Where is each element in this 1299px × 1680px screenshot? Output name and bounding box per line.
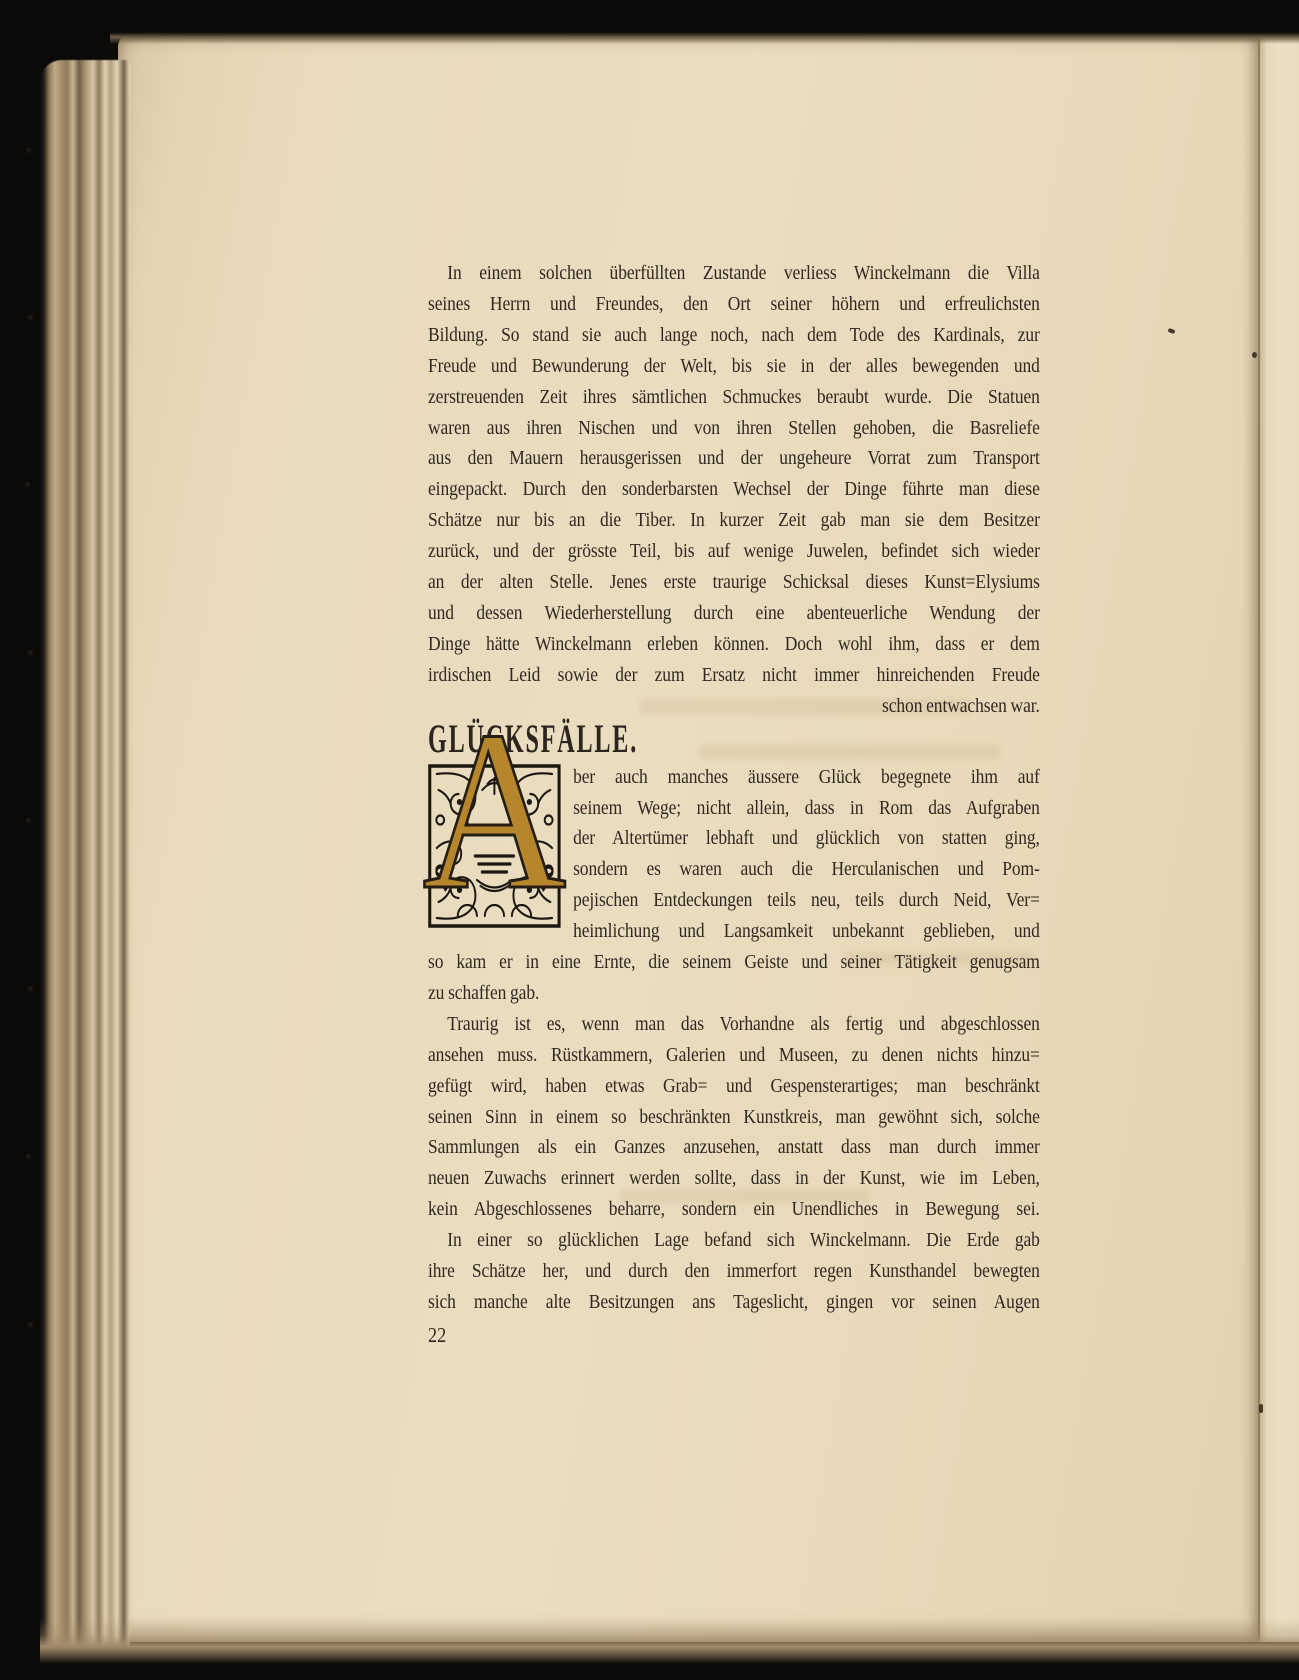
text-line: Bildung. So stand sie auch lange noch, n…	[428, 320, 1040, 351]
text-column: In einem solchen überfüllten Zustande ve…	[428, 258, 1040, 1351]
paragraph-4: In einer so glücklichen Lage befand sich…	[428, 1225, 1040, 1318]
paragraph-2-closing-line: zu schaffen gab.	[428, 978, 1040, 1009]
text-line: so kam er in eine Ernte, die seinem Geis…	[428, 947, 1040, 978]
text-line: ihre Schätze her, und durch den immerfor…	[428, 1256, 1040, 1287]
text-line: zerstreuenden Zeit ihres sämtlichen Schm…	[428, 382, 1040, 413]
backdrop-dot	[28, 315, 33, 320]
paragraph-2-full-lines: so kam er in eine Ernte, die seinem Geis…	[428, 947, 1040, 978]
text-line: heimlichung und Langsamkeit unbekannt ge…	[573, 916, 1040, 947]
text-line: sich manche alte Besitzungen ans Tagesli…	[428, 1287, 1040, 1318]
text-line: Freude und Bewunderung der Welt, bis sie…	[428, 351, 1040, 382]
paragraph-3-closing-line: kein Abgeschlossenes beharre, sondern ei…	[428, 1194, 1040, 1225]
text-line: ber auch manches äussere Glück begegnete…	[573, 762, 1040, 793]
backdrop-dot	[28, 986, 33, 991]
backdrop-dot	[28, 1322, 33, 1327]
page-number: 22	[428, 1320, 1040, 1351]
text-line: seinem Wege; nicht allein, dass in Rom d…	[573, 793, 1040, 824]
text-line: waren aus ihren Nischen und von ihren St…	[428, 413, 1040, 444]
text-line: seinen Sinn in einem so beschränkten Kun…	[428, 1102, 1040, 1133]
paragraph-2-indented-lines: ber auch manches äussere Glück begegnete…	[573, 762, 1040, 947]
text-line: In einem solchen überfüllten Zustande ve…	[428, 258, 1040, 289]
book-scan: In einem solchen überfüllten Zustande ve…	[0, 0, 1299, 1680]
text-line: Traurig ist es, wenn man das Vorhandne a…	[428, 1009, 1040, 1040]
page-stack-edges	[40, 60, 130, 1646]
text-line: ansehen muss. Rüstkammern, Galerien und …	[428, 1040, 1040, 1071]
paragraph-1: In einem solchen überfüllten Zustande ve…	[428, 258, 1040, 691]
text-line: sondern es waren auch die Herculanischen…	[573, 854, 1040, 885]
paragraph-3: Traurig ist es, wenn man das Vorhandne a…	[428, 1009, 1040, 1194]
backdrop-dot	[26, 148, 31, 153]
text-line: eingepackt. Durch den sonderbarsten Wech…	[428, 474, 1040, 505]
text-line: neuen Zuwachs erinnert werden sollte, da…	[428, 1163, 1040, 1194]
page-bottom-edge	[40, 1618, 1299, 1680]
text-line: In einer so glücklichen Lage befand sich…	[428, 1225, 1040, 1256]
paper-speck	[1259, 1404, 1263, 1413]
text-line: und dessen Wiederherstellung durch eine …	[428, 598, 1040, 629]
adjacent-page-edge	[1258, 33, 1299, 1642]
ornamental-initial-block: A	[428, 764, 561, 928]
text-line: aus den Mauern herausgerissen und der un…	[428, 443, 1040, 474]
paper-speck	[1252, 352, 1257, 358]
text-line: an der alten Stelle. Jenes erste traurig…	[428, 567, 1040, 598]
text-line: Dinge hätte Winckelmann erleben können. …	[428, 629, 1040, 660]
text-line: pejischen Entdeckungen teils neu, teils …	[573, 885, 1040, 916]
dropcap-paragraph-row: A ber auch manches äussere Glück begegne…	[428, 762, 1040, 947]
text-line: Schätze nur bis an die Tiber. In kurzer …	[428, 505, 1040, 536]
dropcap-letter-A: A	[423, 697, 567, 925]
text-line: der Altertümer lebhaft und glücklich von…	[573, 823, 1040, 854]
backdrop-dot	[26, 818, 31, 823]
text-line: zurück, und der grösste Teil, bis auf we…	[428, 536, 1040, 567]
text-line: gefügt wird, haben etwas Grab= und Gespe…	[428, 1071, 1040, 1102]
page-top-edge	[110, 26, 1299, 44]
text-line: seines Herrn und Freundes, den Ort seine…	[428, 289, 1040, 320]
backdrop-dot	[25, 482, 30, 487]
text-line: Sammlungen als ein Ganzes anzusehen, ans…	[428, 1132, 1040, 1163]
backdrop-dot	[26, 1154, 31, 1159]
backdrop-dot	[28, 650, 33, 655]
